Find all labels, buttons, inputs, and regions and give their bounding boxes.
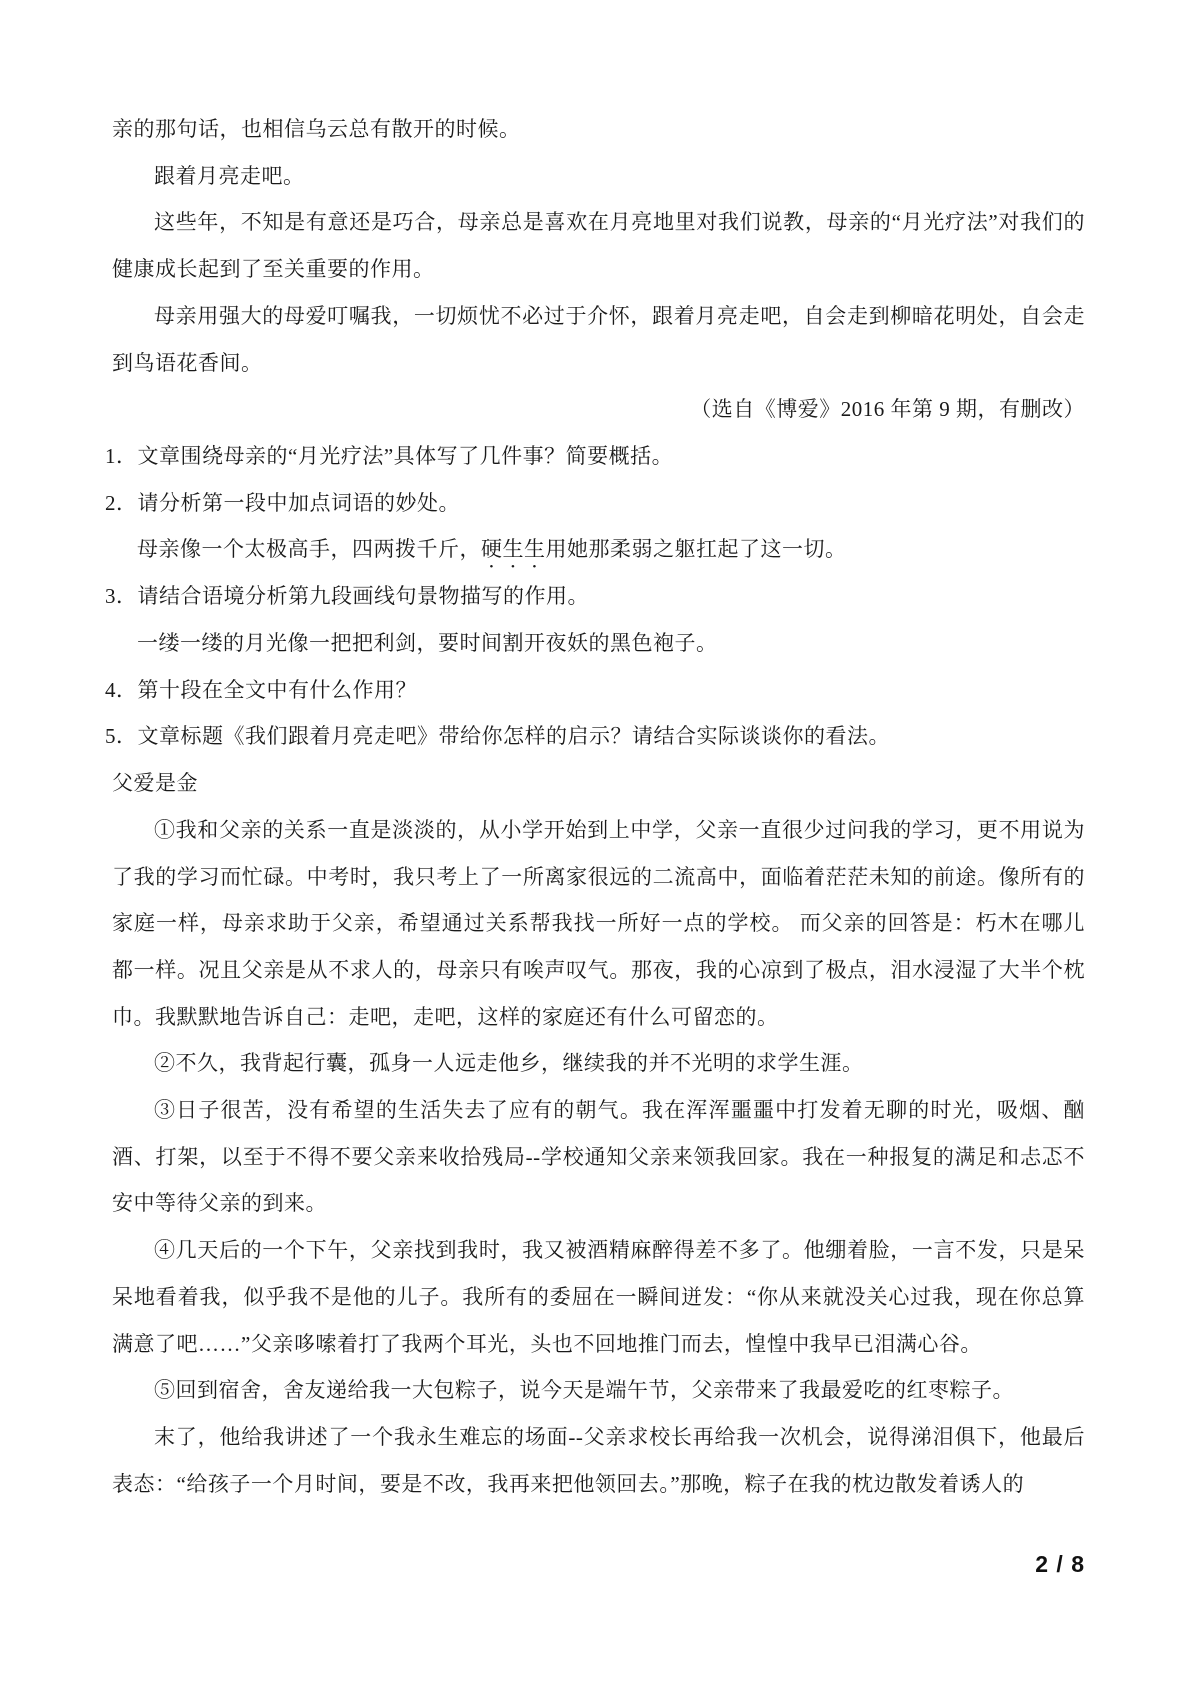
page-number: 2 / 8 <box>1035 1551 1085 1578</box>
question-4: 4．第十段在全文中有什么作用？ <box>105 667 1085 714</box>
source-citation: （选自《博爱》2016 年第 9 期，有删改） <box>112 386 1085 433</box>
quoted-sentence-moonlight: 一缕一缕的月光像一把把利剑，要时间割开夜妖的黑色袍子。 <box>112 620 1085 667</box>
section-title-fathers-love: 父爱是金 <box>112 760 1085 807</box>
document-content: 亲的那句话，也相信乌云总有散开的时候。 跟着月亮走吧。 这些年，不知是有意还是巧… <box>112 106 1085 1507</box>
quoted-sentence-emphasized: 母亲像一个太极高手，四两拨千斤，硬生生用她那柔弱之躯扛起了这一切。 <box>112 526 1085 573</box>
paragraph-continuation: 亲的那句话，也相信乌云总有散开的时候。 <box>112 106 1085 153</box>
paragraph-circled-3: ③日子很苦，没有希望的生活失去了应有的朝气。我在浑浑噩噩中打发着无聊的时光，吸烟… <box>112 1087 1085 1227</box>
paragraph-mothers-love: 母亲用强大的母爱叮嘱我，一切烦忧不必过于介怀，跟着月亮走吧，自会走到柳暗花明处，… <box>112 293 1085 386</box>
quote-pre-text: 母亲像一个太极高手，四两拨千斤， <box>137 537 481 561</box>
document-page: 亲的那句话，也相信乌云总有散开的时候。 跟着月亮走吧。 这些年，不知是有意还是巧… <box>0 0 1191 1684</box>
paragraph-circled-5: ⑤回到宿舍，舍友递给我一大包粽子，说今天是端午节，父亲带来了我最爱吃的红枣粽子。 <box>112 1367 1085 1414</box>
paragraph-circled-1: ①我和父亲的关系一直是淡淡的，从小学开始到上中学，父亲一直很少过问我的学习，更不… <box>112 807 1085 1041</box>
paragraph-these-years: 这些年，不知是有意还是巧合，母亲总是喜欢在月亮地里对我们说教，母亲的“月光疗法”… <box>112 199 1085 292</box>
question-2: 2．请分析第一段中加点词语的妙处。 <box>105 480 1085 527</box>
paragraph-finally: 末了，他给我讲述了一个我永生难忘的场面--父亲求校长再给我一次机会，说得涕泪俱下… <box>112 1414 1085 1507</box>
emphasized-words: 硬生生 <box>481 537 546 561</box>
question-1: 1．文章围绕母亲的“月光疗法”具体写了几件事？简要概括。 <box>105 433 1085 480</box>
paragraph-circled-4: ④几天后的一个下午，父亲找到我时，我又被酒精麻醉得差不多了。他绷着脸，一言不发，… <box>112 1227 1085 1367</box>
quote-post-text: 用她那柔弱之躯扛起了这一切。 <box>546 537 847 561</box>
paragraph-circled-2: ②不久，我背起行囊，孤身一人远走他乡，继续我的并不光明的求学生涯。 <box>112 1040 1085 1087</box>
question-5: 5．文章标题《我们跟着月亮走吧》带给你怎样的启示？请结合实际谈谈你的看法。 <box>105 713 1085 760</box>
question-3: 3．请结合语境分析第九段画线句景物描写的作用。 <box>105 573 1085 620</box>
paragraph-follow-the-moon: 跟着月亮走吧。 <box>112 153 1085 200</box>
